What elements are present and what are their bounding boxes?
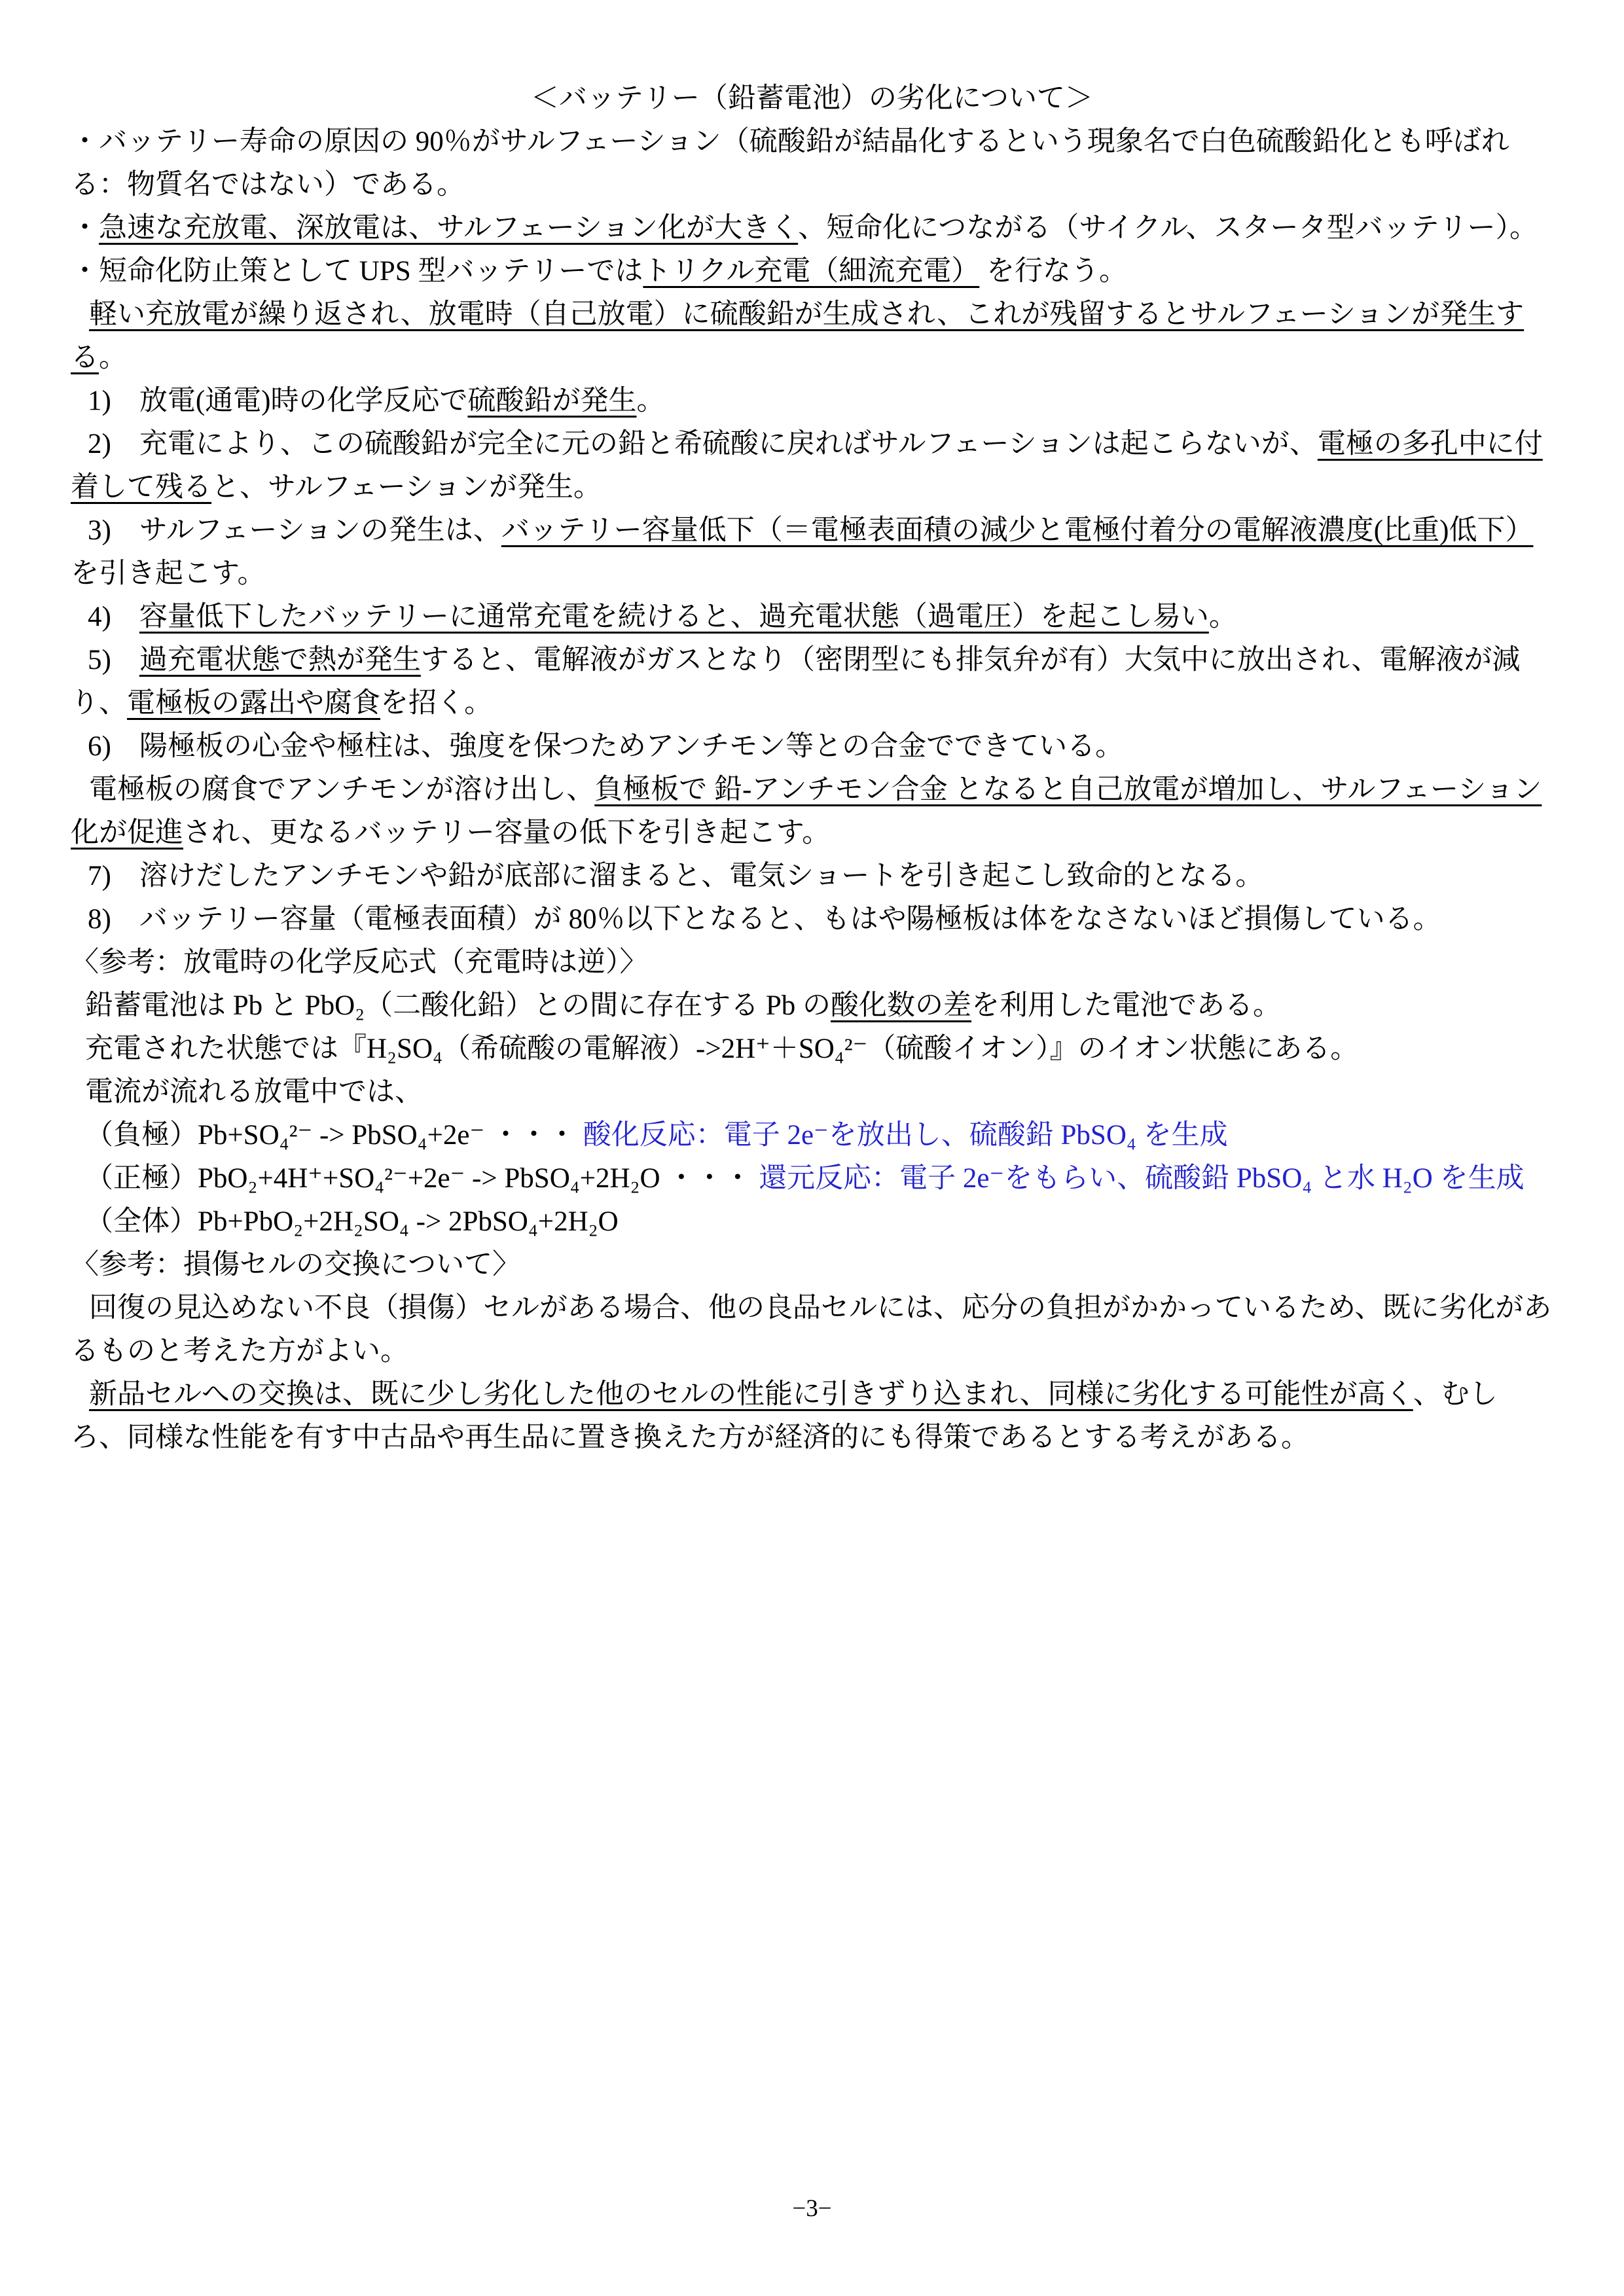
text-run: 7) 溶けだしたアンチモンや鉛が底部に溜まると、電気ショートを引き起こし致命的と… <box>88 861 1263 891</box>
ref-cell-para-2: 新品セルへの交換は、既に少し劣化した他のセルの性能に引きずり込まれ、同様に劣化す… <box>71 1373 1553 1460</box>
underlined-text: 酸化数の差 <box>831 990 971 1021</box>
text-run: 鉛蓄電池は Pb と PbO₂（二酸化鉛）との間に存在する Pb の <box>85 990 831 1021</box>
underlined-text: バッテリー容量低下（＝電極表面積の減少と電極付着分の電解液濃度(比重)低下） <box>501 515 1534 546</box>
underlined-text: 容量低下したバッテリーに通常充電を続けると、過充電状態（過電圧）を起こし易い <box>139 601 1209 632</box>
ref-reaction-line-2: 充電された状態では『H₂SO₄（希硫酸の電解液）->2H⁺＋SO₄²⁻（硫酸イオ… <box>71 1028 1553 1071</box>
bullet-trickle-charge: ・短命化防止策として UPS 型バッテリーではトリクル充電（細流充電） を行なう… <box>71 250 1553 293</box>
text-run: 〈参考：損傷セルの交換について〉 <box>71 1249 520 1280</box>
text-run: ・バッテリー寿命の原因の 90％がサルフェーション（硫酸鉛が結晶化するという現象… <box>71 126 1509 200</box>
text-run: 3) サルフェーションの発生は、 <box>88 515 501 546</box>
item-2: 2) 充電により、この硫酸鉛が完全に元の鉛と希硫酸に戻ればサルフェーションは起こ… <box>71 423 1553 509</box>
text-run: 1) 放電(通電)時の化学反応で <box>88 386 467 416</box>
item-5: 5) 過充電状態で熱が発生すると、電解液がガスとなり（密閉型にも排気弁が有）大気… <box>71 639 1553 725</box>
text-run: と、サルフェーションが発生。 <box>211 472 602 503</box>
underlined-text: 新品セルへの交換は、既に少し劣化した他のセルの性能に引きずり込まれ、同様に劣化す… <box>89 1379 1413 1410</box>
text-run: を引き起こす。 <box>71 558 266 589</box>
underlined-text: 過充電状態で熱が発生 <box>139 645 421 675</box>
item-7: 7) 溶けだしたアンチモンや鉛が底部に溜まると、電気ショートを引き起こし致命的と… <box>71 855 1553 898</box>
text-run: を利用した電池である。 <box>971 990 1281 1021</box>
document-page: ＜バッテリー（鉛蓄電池）の劣化について＞ ・バッテリー寿命の原因の 90％がサル… <box>71 77 1553 1460</box>
ref-cell-para-1: 回復の見込めない不良（損傷）セルがある場合、他の良品セルには、応分の負担がかかっ… <box>71 1287 1553 1373</box>
ref-reaction-line-3: 電流が流れる放電中では、 <box>71 1071 1553 1114</box>
underlined-text: 電極板の露出や腐食 <box>127 688 380 719</box>
text-run: （正極）PbO₂+4H⁺+SO₄²⁻+2e⁻ -> PbSO₄+2H₂O ・・・ <box>85 1163 759 1194</box>
item-8: 8) バッテリー容量（電極表面積）が 80％以下となると、もはや陽極板は体をなさ… <box>71 898 1553 941</box>
item-6: 6) 陽極板の心金や極柱は、強度を保つためアンチモン等との合金でできている。 <box>71 725 1553 768</box>
bullet-rapid-charge: ・急速な充放電、深放電は、サルフェーション化が大きく、短命化につながる（サイクル… <box>71 207 1553 250</box>
text-run: され、更なるバッテリー容量の低下を引き起こす。 <box>183 817 830 848</box>
text-run: を行なう。 <box>979 256 1127 287</box>
underlined-text: 硫酸鉛が発生 <box>467 386 636 416</box>
text-run: （負極）Pb+SO₄²⁻ -> PbSO₄+2e⁻ ・・・ <box>85 1120 583 1151</box>
document-title: ＜バッテリー（鉛蓄電池）の劣化について＞ <box>71 77 1553 120</box>
text-run: 8) バッテリー容量（電極表面積）が 80％以下となると、もはや陽極板は体をなさ… <box>88 904 1441 935</box>
item-6-cont: 電極板の腐食でアンチモンが溶け出し、負極板で 鉛-アンチモン合金 となると自己放… <box>71 768 1553 855</box>
text-run: （全体）Pb+PbO₂+2H₂SO₄ -> 2PbSO₄+2H₂O <box>85 1206 619 1237</box>
formula-positive: （正極）PbO₂+4H⁺+SO₄²⁻+2e⁻ -> PbSO₄+2H₂O ・・・… <box>71 1157 1553 1200</box>
text-run: 。 <box>636 386 664 416</box>
page: { "page": { "title": "＜バッテリー（鉛蓄電池）の劣化につい… <box>0 0 1624 2296</box>
item-1: 1) 放電(通電)時の化学反応で硫酸鉛が発生。 <box>71 380 1553 423</box>
text-run: 、短命化につながる（サイクル、スタータ型バッテリー）。 <box>798 213 1538 243</box>
underlined-text: 急速な充放電、深放電は、サルフェーション化が大きく <box>99 213 798 243</box>
text-run: 6) 陽極板の心金や極柱は、強度を保つためアンチモン等との合金でできている。 <box>88 731 1123 762</box>
text-run: 充電された状態では『H₂SO₄（希硫酸の電解液）->2H⁺＋SO₄²⁻（硫酸イオ… <box>85 1033 1358 1064</box>
text-run: ・ <box>71 213 99 243</box>
text-run: 2) 充電により、この硫酸鉛が完全に元の鉛と希硫酸に戻ればサルフェーションは起こ… <box>88 429 1318 459</box>
ref-reaction-line-1: 鉛蓄電池は Pb と PbO₂（二酸化鉛）との間に存在する Pb の酸化数の差を… <box>71 984 1553 1028</box>
text-run: 。 <box>99 342 127 373</box>
ref-cell-heading: 〈参考：損傷セルの交換について〉 <box>71 1244 1553 1287</box>
text-run: 。 <box>1209 601 1237 632</box>
emphasis-text: 還元反応：電子 2e⁻をもらい、硫酸鉛 PbSO₄ と水 H₂O を生成 <box>759 1163 1525 1194</box>
underlined-text: トリクル充電（細流充電） <box>643 256 979 287</box>
text-run: 電極板の腐食でアンチモンが溶け出し、 <box>89 774 594 805</box>
text-run: 〈参考：放電時の化学反応式（充電時は逆）〉 <box>71 947 648 978</box>
bullet-trickle-charge-cont: 軽い充放電が繰り返され、放電時（自己放電）に硫酸鉛が生成され、これが残留するとサ… <box>71 293 1553 380</box>
formula-total: （全体）Pb+PbO₂+2H₂SO₄ -> 2PbSO₄+2H₂O <box>71 1200 1553 1244</box>
text-run: を招く。 <box>380 688 492 719</box>
bullet-sulfation-cause: ・バッテリー寿命の原因の 90％がサルフェーション（硫酸鉛が結晶化するという現象… <box>71 120 1553 207</box>
text-run: 4) <box>88 601 139 632</box>
item-4: 4) 容量低下したバッテリーに通常充電を続けると、過充電状態（過電圧）を起こし易… <box>71 596 1553 639</box>
text-run: 5) <box>88 645 139 675</box>
text-run: ・短命化防止策として UPS 型バッテリーでは <box>71 256 643 287</box>
underlined-text: 軽い充放電が繰り返され、放電時（自己放電）に硫酸鉛が生成され、これが残留するとサ… <box>71 299 1524 373</box>
item-3: 3) サルフェーションの発生は、バッテリー容量低下（＝電極表面積の減少と電極付着… <box>71 509 1553 596</box>
ref-reaction-heading: 〈参考：放電時の化学反応式（充電時は逆）〉 <box>71 941 1553 984</box>
emphasis-text: 酸化反応：電子 2e⁻を放出し、硫酸鉛 PbSO₄ を生成 <box>583 1120 1228 1151</box>
document-body: ・バッテリー寿命の原因の 90％がサルフェーション（硫酸鉛が結晶化するという現象… <box>71 120 1553 1460</box>
formula-negative: （負極）Pb+SO₄²⁻ -> PbSO₄+2e⁻ ・・・ 酸化反応：電子 2e… <box>71 1114 1553 1157</box>
text-run: 電流が流れる放電中では、 <box>85 1077 423 1107</box>
page-number: −3− <box>0 2187 1624 2231</box>
text-run: 回復の見込めない不良（損傷）セルがある場合、他の良品セルには、応分の負担がかかっ… <box>71 1293 1551 1367</box>
